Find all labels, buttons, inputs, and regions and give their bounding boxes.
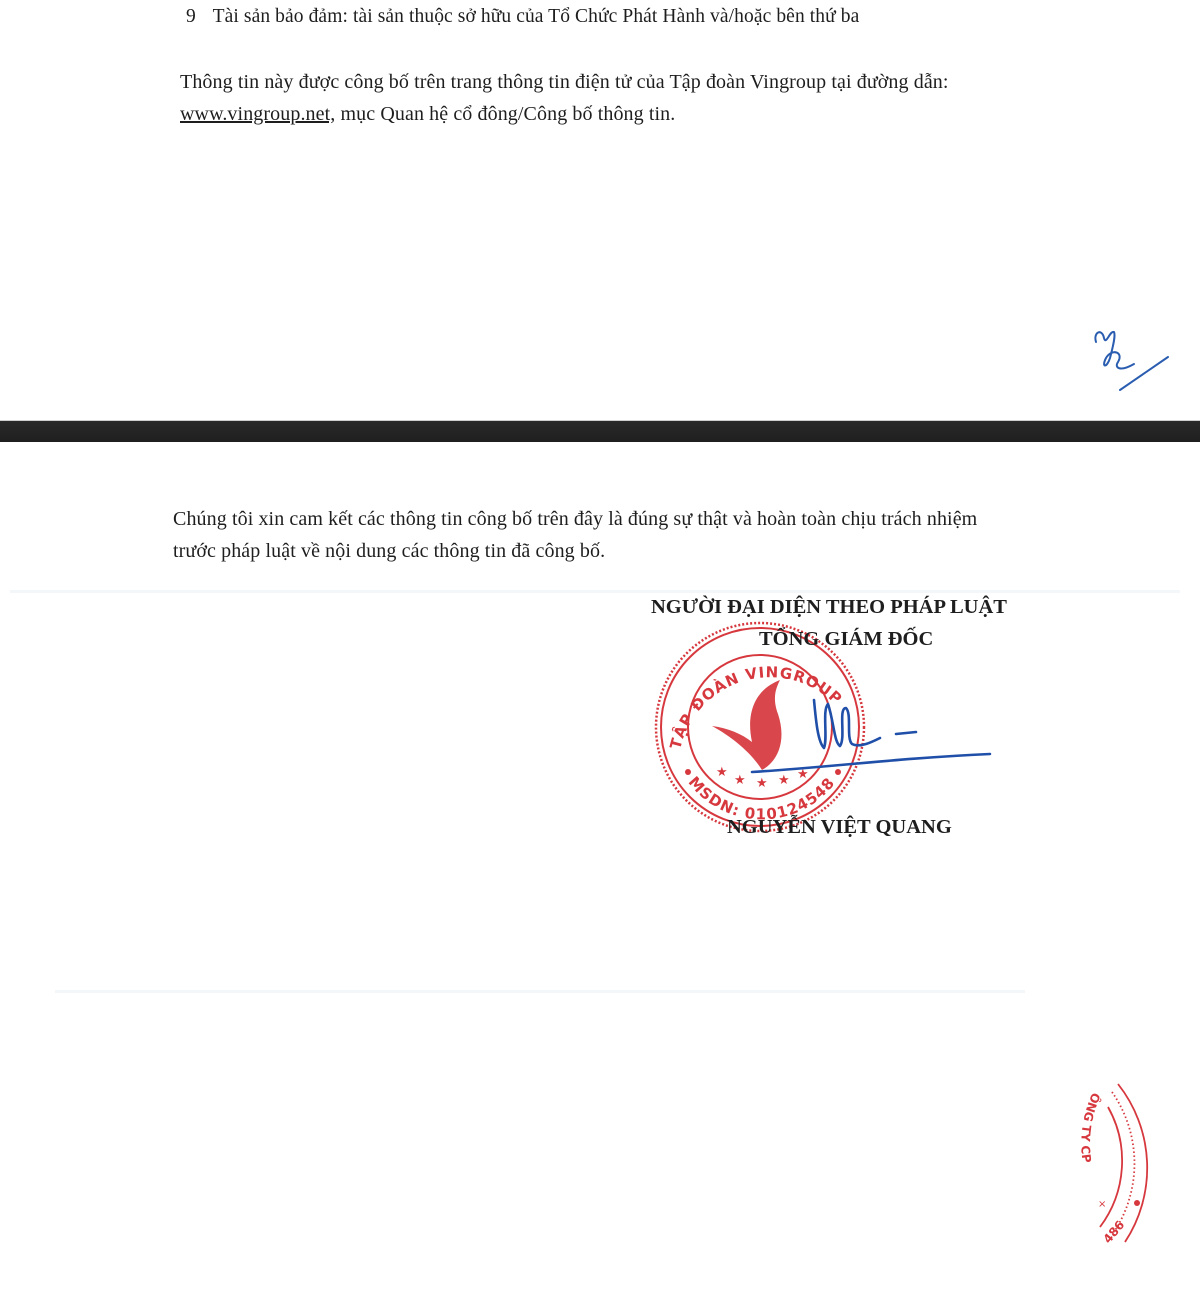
svg-text:★: ★: [734, 773, 746, 788]
signatory-name: NGUYỄN VIỆT QUANG: [727, 816, 952, 839]
commitment-line-2: trước pháp luật về nội dung các thông ti…: [173, 540, 605, 563]
svg-text:MSDN: 0101245486: MSDN: 0101245486: [0, 442, 839, 823]
signatory-role: NGƯỜI ĐẠI DIỆN THEO PHÁP LUẬT: [651, 596, 1007, 619]
svg-text:★: ★: [797, 767, 809, 782]
document-page-top: 9 Tài sản bảo đảm: tài sản thuộc sở hữu …: [0, 0, 1200, 420]
disclosure-info-line-2: www.vingroup.net, mục Quan hệ cổ đông/Cô…: [180, 103, 675, 126]
scan-artifact: [55, 990, 1025, 993]
svg-text:486: 486: [1101, 1218, 1128, 1246]
svg-text:ÔNG TY CP: ÔNG TY CP: [1078, 1091, 1104, 1164]
document-page-bottom: Chúng tôi xin cam kết các thông tin công…: [0, 442, 1200, 1301]
list-item-number: 9: [186, 6, 208, 28]
vingroup-website-link[interactable]: www.vingroup.net,: [180, 103, 335, 125]
list-item-9: 9 Tài sản bảo đảm: tài sản thuộc sở hữu …: [186, 6, 859, 28]
page-separator: [0, 420, 1200, 442]
svg-text:×: ×: [1098, 1199, 1106, 1210]
signatory-position: TỔNG GIÁM ĐỐC: [759, 628, 933, 651]
list-item-text: Tài sản bảo đảm: tài sản thuộc sở hữu củ…: [213, 6, 860, 27]
initials-signature-icon: [0, 0, 1200, 420]
svg-text:★: ★: [716, 765, 728, 780]
scan-artifact: [10, 590, 1180, 593]
svg-text:★: ★: [778, 773, 790, 788]
company-stamp-icon: TẬP ĐOÀN VINGROUP CÔNG TY MSDN: 01012454…: [0, 442, 1200, 1301]
commitment-line-1: Chúng tôi xin cam kết các thông tin công…: [173, 508, 977, 531]
disclosure-info-line-1: Thông tin này được công bố trên trang th…: [180, 71, 949, 94]
disclosure-info-rest: mục Quan hệ cổ đông/Công bố thông tin.: [335, 103, 675, 125]
signature-icon: [752, 700, 990, 772]
svg-text:★: ★: [756, 776, 768, 791]
